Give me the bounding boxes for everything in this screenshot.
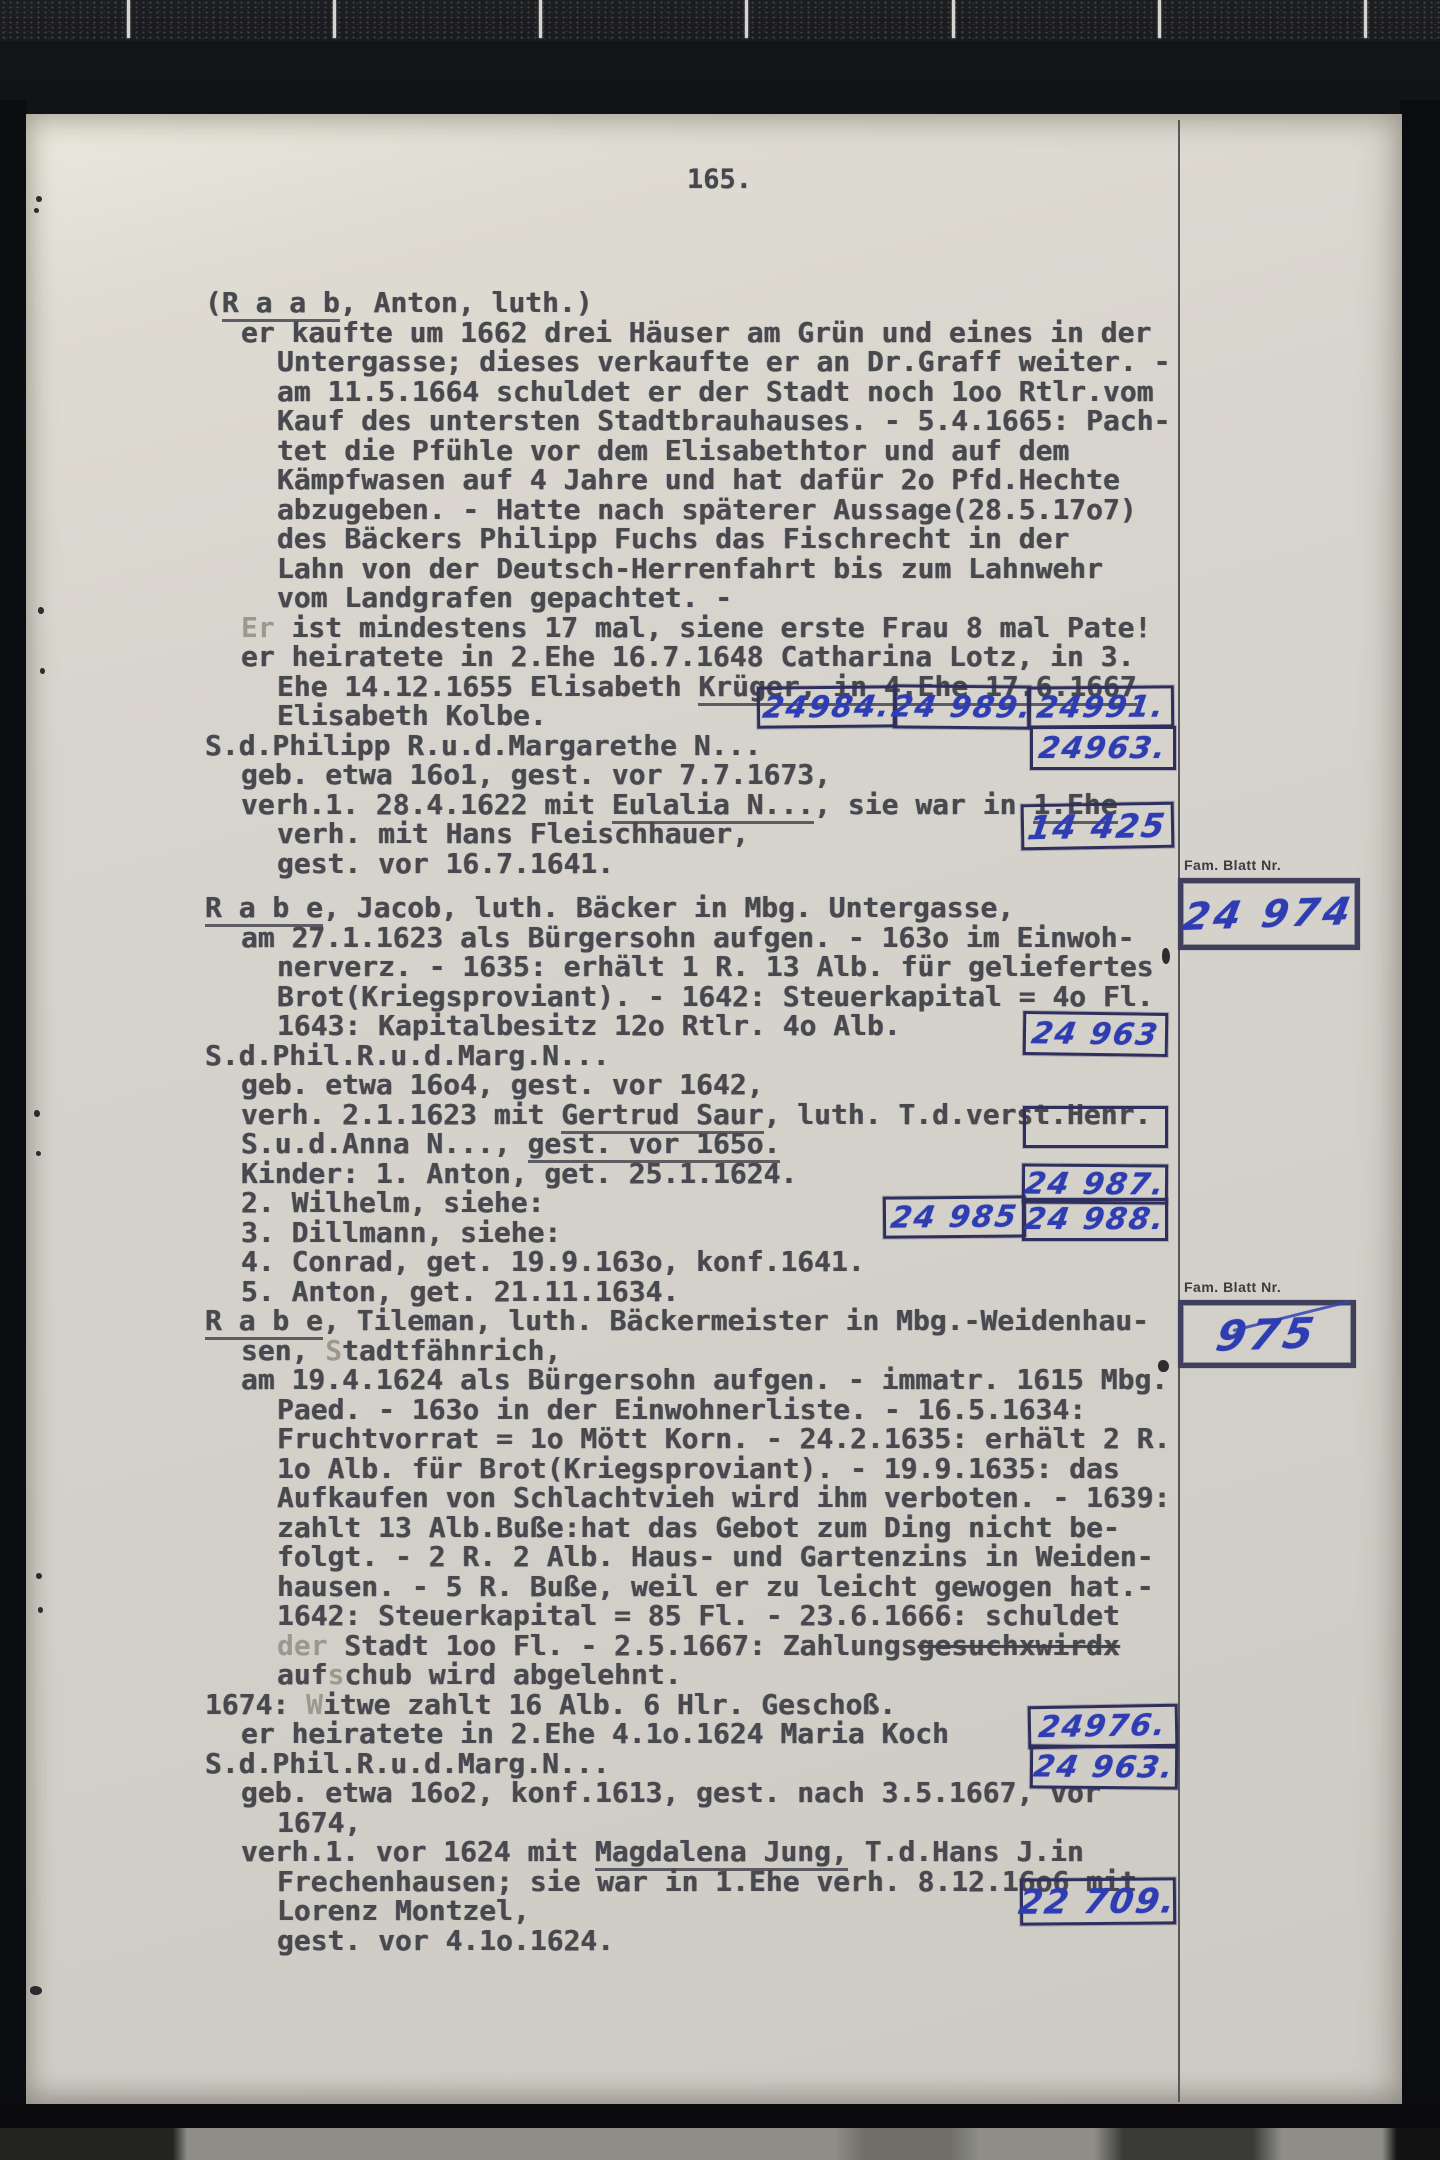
text-segment: Frechenhausen; sie war in 1.Ehe verh. 8.… — [277, 1865, 1137, 1898]
film-tick — [333, 0, 336, 38]
text-segment: folgt. - 2 R. 2 Alb. Haus- und Gartenzin… — [277, 1540, 1154, 1573]
text-segment: zahlt 13 Alb.Buße:hat das Gebot zum Ding… — [277, 1511, 1120, 1544]
text-segment: Elisabeth Kolbe. — [277, 699, 547, 732]
text-segment: vom Landgrafen gepachtet. - — [277, 581, 732, 614]
text-segment: am 19.4.1624 als Bürgersohn aufgen. - im… — [241, 1363, 1168, 1396]
text-segment: 3. Dillmann, siehe: — [241, 1216, 561, 1249]
text-line: folgt. - 2 R. 2 Alb. Haus- und Gartenzin… — [277, 1542, 1154, 1572]
text-line: Paed. - 163o in der Einwohnerliste. - 16… — [277, 1395, 1086, 1425]
text-segment: 1674: — [205, 1688, 306, 1721]
film-tick — [1158, 0, 1161, 38]
text-line: tet die Pfühle vor dem Elisabethtor und … — [277, 436, 1069, 466]
text-segment: er heiratete in 2.Ehe 16.7.1648 Catharin… — [241, 640, 1134, 673]
text-segment: geb. etwa 16o1, gest. vor 7.7.1673, — [241, 758, 831, 791]
page-speck — [34, 208, 39, 213]
text-segment: chub wird abgelehnt. — [344, 1658, 681, 1691]
film-tick — [1364, 0, 1367, 38]
text-segment: geb. etwa 16o4, gest. vor 1642, — [241, 1068, 764, 1101]
text-segment: , sie war in — [814, 788, 1033, 821]
text-segment: S.d.Phil.R.u.d.Marg.N... — [205, 1747, 610, 1780]
handwritten-number-box: 22 709. — [1020, 1877, 1176, 1925]
handwritten-number-box: 14 425 — [1021, 802, 1175, 851]
film-tick — [745, 0, 748, 38]
text-line: Kämpfwasen auf 4 Jahre und hat dafür 2o … — [277, 465, 1120, 495]
scan-margin-left — [0, 100, 26, 2160]
handwritten-number-box: 24 989. — [893, 684, 1031, 729]
text-segment: tet die Pfühle vor dem Elisabethtor und … — [277, 434, 1069, 467]
text-segment: Fruchtvorrat = 1o Mött Korn. - 24.2.1635… — [277, 1422, 1170, 1455]
page-speck — [40, 668, 45, 674]
text-segment: s — [328, 1658, 345, 1691]
text-line: Kauf des untersten Stadtbrauhauses. - 5.… — [277, 406, 1170, 436]
text-line: des Bäckers Philipp Fuchs das Fischrecht… — [277, 524, 1069, 554]
text-line: er kaufte um 1662 drei Häuser am Grün un… — [241, 318, 1151, 348]
handwritten-number: 24 963. — [1031, 1749, 1177, 1785]
text-segment: S — [325, 1334, 342, 1367]
handwritten-number: 24 985 — [888, 1199, 1020, 1235]
film-tick — [952, 0, 955, 38]
text-line: Lahn von der Deutsch-Herrenfahrt bis zum… — [277, 554, 1103, 584]
text-line: S.d.Philipp R.u.d.Margarethe N... — [205, 731, 761, 761]
text-segment: gesuchxwirdx — [918, 1629, 1120, 1662]
text-line: zahlt 13 Alb.Buße:hat das Gebot zum Ding… — [277, 1513, 1120, 1543]
text-line: verh.1. 28.4.1622 mit Eulalia N..., sie … — [241, 790, 1118, 820]
text-line: gest. vor 16.7.1641. — [277, 849, 614, 879]
text-line: am 27.1.1623 als Bürgersohn aufgen. - 16… — [241, 923, 1134, 953]
stamp-label: Fam. Blatt Nr. — [1184, 1279, 1356, 1295]
page-speck — [34, 1110, 40, 1117]
text-segment: 1o Alb. für Brot(Kriegsproviant). - 19.9… — [277, 1452, 1120, 1485]
text-line: am 19.4.1624 als Bürgersohn aufgen. - im… — [241, 1365, 1168, 1395]
text-line: verh.1. vor 1624 mit Magdalena Jung, T.d… — [241, 1837, 1084, 1867]
text-segment: Lahn von der Deutsch-Herrenfahrt bis zum… — [277, 552, 1103, 585]
text-segment: Kinder: 1. Anton, get. 25.1.1624. — [241, 1157, 797, 1190]
text-segment: geb. etwa 16o2, konf.1613, gest. nach 3.… — [241, 1776, 1101, 1809]
text-line: nerverz. - 1635: erhält 1 R. 13 Alb. für… — [277, 952, 1154, 982]
text-line: sen, Stadtfähnrich, — [241, 1336, 561, 1366]
text-segment: ist mindestens 17 mal, siene erste Frau … — [275, 611, 1152, 644]
text-segment: des Bäckers Philipp Fuchs das Fischrecht… — [277, 522, 1069, 555]
text-segment: T.d.Hans J.in — [848, 1835, 1084, 1868]
text-segment: 4. Conrad, get. 19.9.163o, konf.1641. — [241, 1245, 865, 1278]
text-segment: , Tileman, luth. Bäckermeister in Mbg.-W… — [323, 1304, 1149, 1337]
handwritten-number: 22 709. — [1016, 1881, 1179, 1922]
text-segment: er heiratete in 2.Ehe 4.1o.1624 Maria Ko… — [241, 1717, 949, 1750]
text-segment: gest. vor 4.1o.1624. — [277, 1924, 614, 1957]
handwritten-number: 24976. — [1037, 1708, 1170, 1745]
stamp-value: 975 — [1212, 1308, 1321, 1360]
text-segment: Paed. - 163o in der Einwohnerliste. - 16… — [277, 1393, 1086, 1426]
text-segment: 2. Wilhelm, siehe: — [241, 1186, 544, 1219]
handwritten-number: 24991. — [1034, 689, 1167, 725]
text-segment: verh. 2.1.1623 mit — [241, 1098, 561, 1131]
text-line: Elisabeth Kolbe. — [277, 701, 547, 731]
page-number: 165. — [687, 164, 752, 195]
text-line: 4. Conrad, get. 19.9.163o, konf.1641. — [241, 1247, 865, 1277]
text-line: vom Landgrafen gepachtet. - — [277, 583, 732, 613]
text-line: S.d.Phil.R.u.d.Marg.N... — [205, 1749, 610, 1779]
text-line: Lorenz Montzel, — [277, 1896, 530, 1926]
stamp-value: 24 974 — [1180, 889, 1358, 939]
text-segment: S.d.Phil.R.u.d.Marg.N... — [205, 1039, 610, 1072]
text-segment: Brot(Kriegsproviant). - 1642: Steuerkapi… — [277, 980, 1154, 1013]
handwritten-number-box: 24991. — [1027, 685, 1174, 728]
text-segment: 1674, — [277, 1806, 361, 1839]
text-line: S.u.d.Anna N..., gest. vor 165o. — [241, 1129, 780, 1159]
document-page: 165. (R a a b, Anton, luth.)er kaufte um… — [26, 114, 1402, 2104]
text-segment: Er — [241, 611, 275, 644]
text-line: der Stadt 1oo Fl. - 2.5.1667: Zahlungsge… — [277, 1631, 1120, 1661]
scan-bottom-band — [0, 2104, 1440, 2128]
text-line: geb. etwa 16o1, gest. vor 7.7.1673, — [241, 760, 831, 790]
film-strip — [0, 0, 1440, 116]
text-segment: Kauf des untersten Stadtbrauhauses. - 5.… — [277, 404, 1170, 437]
text-line: Fruchtvorrat = 1o Mött Korn. - 24.2.1635… — [277, 1424, 1170, 1454]
text-segment: verh.1. vor 1624 mit — [241, 1835, 595, 1868]
handwritten-number: 24 989. — [889, 689, 1035, 725]
page-speck — [38, 1607, 43, 1613]
text-segment: , Jacob, luth. Bäcker in Mbg. Untergasse… — [323, 891, 1014, 924]
handwritten-number: 24 988. — [1022, 1202, 1168, 1237]
page-speck — [1162, 948, 1170, 964]
text-segment: 1642: Steuerkapital = 85 Fl. - 23.6.1666… — [277, 1599, 1120, 1632]
text-segment: der — [277, 1629, 328, 1662]
text-segment: verh. mit Hans Fleischhauer, — [277, 817, 749, 850]
text-line: aufschub wird abgelehnt. — [277, 1660, 682, 1690]
text-segment: tadtfähnrich, — [342, 1334, 561, 1367]
handwritten-number-box: 24 963. — [1030, 1744, 1178, 1789]
handwritten-number-box: 24 985 — [883, 1195, 1026, 1238]
film-tick — [539, 0, 542, 38]
page-speck — [1158, 1360, 1169, 1372]
text-line: geb. etwa 16o4, gest. vor 1642, — [241, 1070, 764, 1100]
text-segment: Ehe 14.12.1655 Elisabeth — [277, 670, 698, 703]
handwritten-number: 24 963 — [1029, 1016, 1162, 1053]
text-line: Untergasse; dieses verkaufte er an Dr.Gr… — [277, 347, 1170, 377]
handwritten-number-box: 24984. — [757, 685, 897, 728]
scan-bottom-strip — [0, 2128, 1440, 2160]
scanned-document: 165. (R a a b, Anton, luth.)er kaufte um… — [0, 0, 1440, 2160]
scan-margin-right — [1400, 100, 1440, 2160]
text-segment: Lorenz Montzel, — [277, 1894, 530, 1927]
text-line: 5. Anton, get. 21.11.1634. — [241, 1277, 679, 1307]
page-speck — [36, 196, 42, 202]
text-line: R a b e, Jacob, luth. Bäcker in Mbg. Unt… — [205, 893, 1014, 923]
stamp-box: 24 974 — [1178, 878, 1360, 950]
page-speck — [38, 607, 44, 614]
text-line: 1674, — [277, 1808, 361, 1838]
text-line: Er ist mindestens 17 mal, siene erste Fr… — [241, 613, 1151, 643]
text-segment: auf — [277, 1658, 328, 1691]
text-segment: S.d.Philipp R.u.d.Margarethe N... — [205, 729, 761, 762]
vertical-rule — [1178, 120, 1180, 2102]
handwritten-number: 14 425 — [1026, 805, 1170, 847]
text-line: Kinder: 1. Anton, get. 25.1.1624. — [241, 1159, 797, 1189]
text-line: Brot(Kriegsproviant). - 1642: Steuerkapi… — [277, 982, 1154, 1012]
text-line: 1o Alb. für Brot(Kriegsproviant). - 19.9… — [277, 1454, 1120, 1484]
text-segment: ( — [205, 286, 222, 319]
text-line: er heiratete in 2.Ehe 16.7.1648 Catharin… — [241, 642, 1134, 672]
text-line: hausen. - 5 R. Buße, weil er zu leicht g… — [277, 1572, 1154, 1602]
text-line: geb. etwa 16o2, konf.1613, gest. nach 3.… — [241, 1778, 1101, 1808]
text-line: 1643: Kapitalbesitz 12o Rtlr. 4o Alb. — [277, 1011, 901, 1041]
text-segment: 1643: Kapitalbesitz 12o Rtlr. 4o Alb. — [277, 1009, 901, 1042]
handwritten-number: 24 987. — [1022, 1166, 1168, 1202]
text-segment: sen, — [241, 1334, 325, 1367]
text-segment: er kaufte um 1662 drei Häuser am Grün un… — [241, 316, 1151, 349]
handwritten-number-box: 24963. — [1030, 726, 1176, 770]
handwritten-number: 24963. — [1036, 731, 1169, 766]
stamp-label: Fam. Blatt Nr. — [1184, 857, 1360, 873]
handwritten-number-box: 24 963 — [1023, 1011, 1169, 1057]
text-line: (R a a b, Anton, luth.) — [205, 288, 593, 318]
text-line: S.d.Phil.R.u.d.Marg.N... — [205, 1041, 610, 1071]
text-segment: itwe zahlt 16 Alb. 6 Hlr. Geschoß. — [323, 1688, 896, 1721]
page-speck — [30, 1986, 42, 1995]
text-segment: Aufkaufen von Schlachtvieh wird ihm verb… — [277, 1481, 1170, 1514]
stamp-group: Fam. Blatt Nr. 975 — [1178, 1279, 1356, 1368]
text-line: gest. vor 4.1o.1624. — [277, 1926, 614, 1956]
handwritten-number-box: 24 988. — [1022, 1198, 1168, 1241]
text-segment: 5. Anton, get. 21.11.1634. — [241, 1275, 679, 1308]
text-segment: W — [306, 1688, 323, 1721]
stamp-box: 975 — [1178, 1300, 1356, 1368]
text-line: verh. 2.1.1623 mit Gertrud Saur, luth. T… — [241, 1100, 1151, 1130]
text-segment: hausen. - 5 R. Buße, weil er zu leicht g… — [277, 1570, 1154, 1603]
text-line: er heiratete in 2.Ehe 4.1o.1624 Maria Ko… — [241, 1719, 949, 1749]
handwritten-number-box: 24976. — [1028, 1704, 1179, 1750]
text-line: Aufkaufen von Schlachtvieh wird ihm verb… — [277, 1483, 1170, 1513]
text-line: 3. Dillmann, siehe: — [241, 1218, 561, 1248]
handwritten-number-box — [1023, 1106, 1168, 1148]
text-line: abzugeben. - Hatte nach späterer Aussage… — [277, 495, 1137, 525]
text-line: 2. Wilhelm, siehe: — [241, 1188, 544, 1218]
text-segment: verh.1. 28.4.1622 mit — [241, 788, 612, 821]
text-segment: am 11.5.1664 schuldet er der Stadt noch … — [277, 375, 1154, 408]
text-segment: abzugeben. - Hatte nach späterer Aussage… — [277, 493, 1137, 526]
text-line: R a b e, Tileman, luth. Bäckermeister in… — [205, 1306, 1149, 1336]
text-segment: Stadt 1oo Fl. - 2.5.1667: Zahlungs — [328, 1629, 918, 1662]
text-line: 1642: Steuerkapital = 85 Fl. - 23.6.1666… — [277, 1601, 1120, 1631]
page-speck — [36, 1573, 42, 1579]
stamp-group: Fam. Blatt Nr. 24 974 — [1178, 857, 1360, 950]
text-segment: , Anton, luth.) — [340, 286, 593, 319]
text-segment: am 27.1.1623 als Bürgersohn aufgen. - 16… — [241, 921, 1134, 954]
text-line: Frechenhausen; sie war in 1.Ehe verh. 8.… — [277, 1867, 1137, 1897]
text-segment: S.u.d.Anna N..., — [241, 1127, 528, 1160]
text-line: am 11.5.1664 schuldet er der Stadt noch … — [277, 377, 1154, 407]
text-segment: Untergasse; dieses verkaufte er an Dr.Gr… — [277, 345, 1170, 378]
text-segment: gest. vor 16.7.1641. — [277, 847, 614, 880]
handwritten-number: 24984. — [761, 689, 894, 725]
page-speck — [36, 1151, 41, 1156]
film-tick — [127, 0, 130, 38]
text-line: 1674: Witwe zahlt 16 Alb. 6 Hlr. Geschoß… — [205, 1690, 896, 1720]
text-segment: nerverz. - 1635: erhält 1 R. 13 Alb. für… — [277, 950, 1154, 983]
text-line: verh. mit Hans Fleischhauer, — [277, 819, 749, 849]
text-segment: Kämpfwasen auf 4 Jahre und hat dafür 2o … — [277, 463, 1120, 496]
